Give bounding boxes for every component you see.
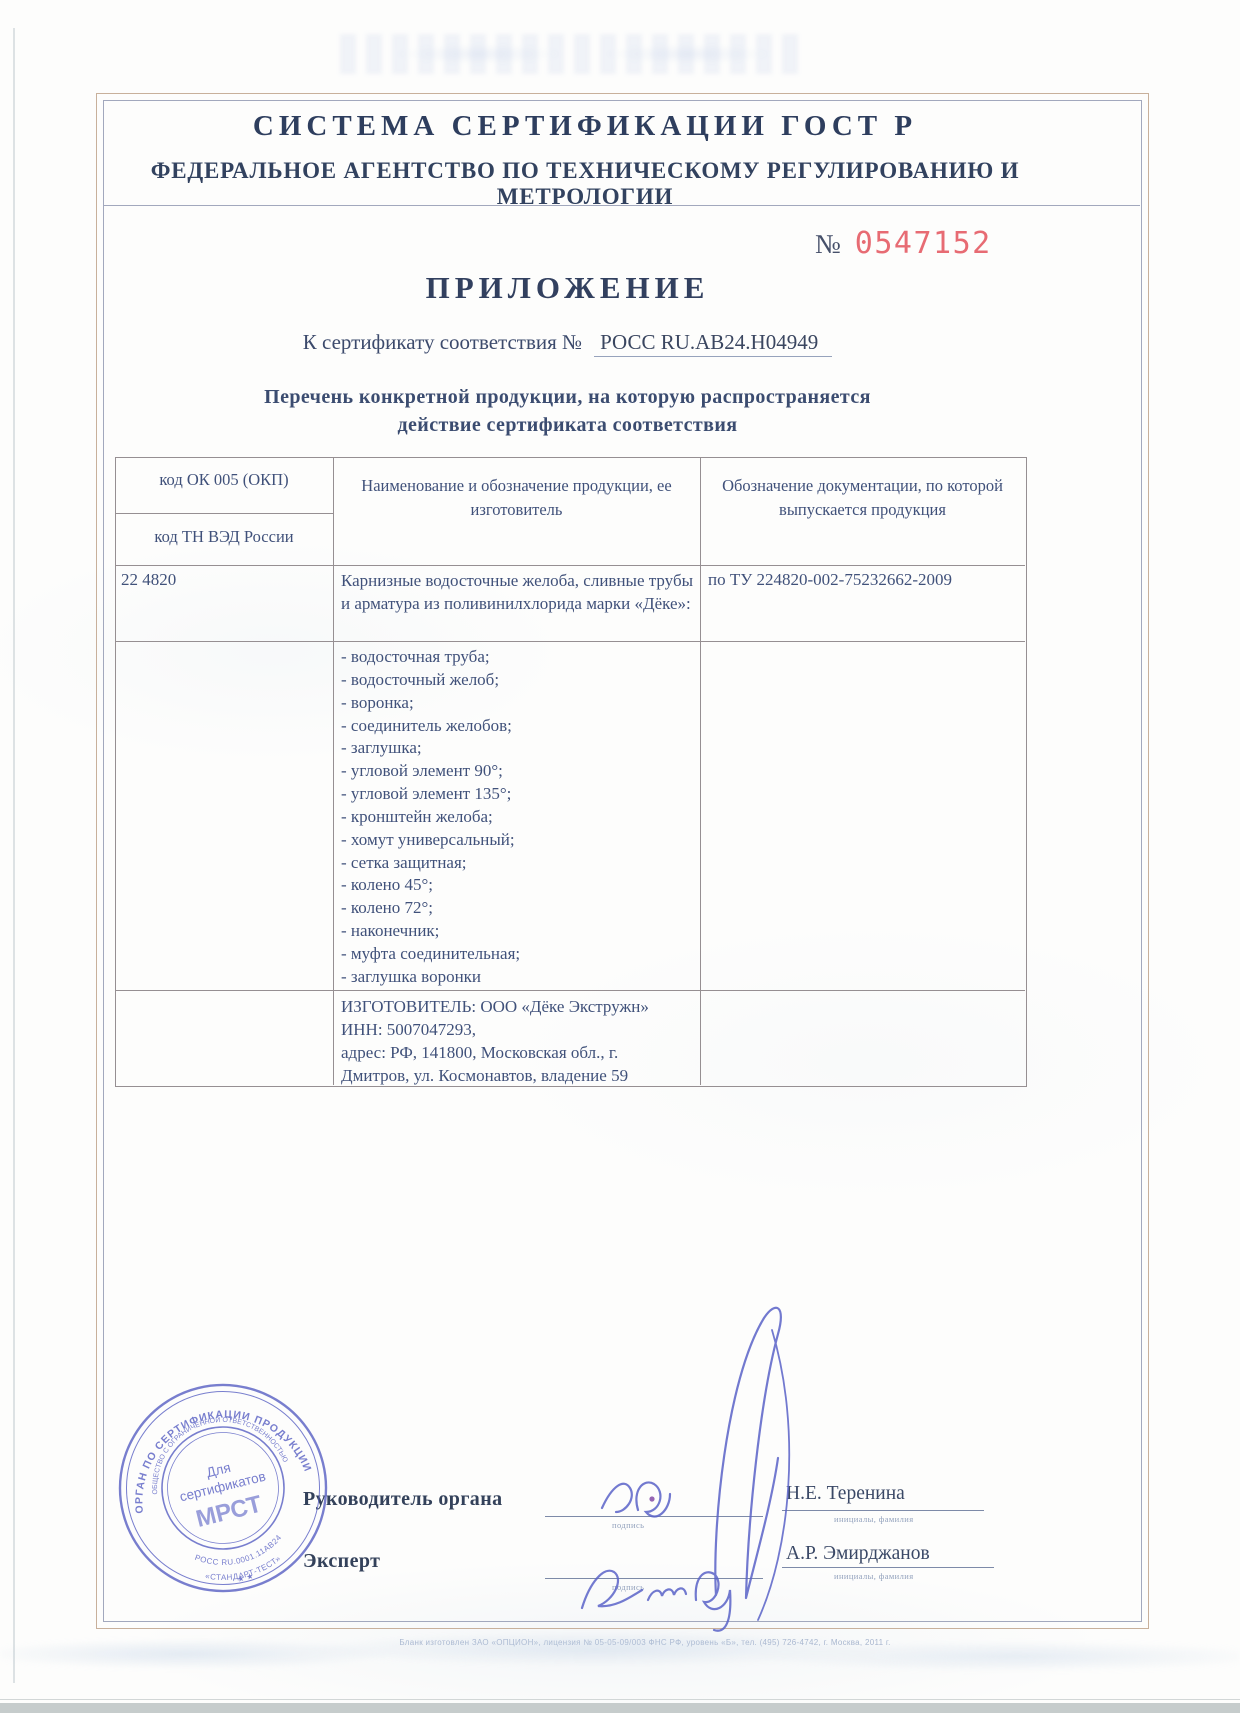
certificate-number: РОСС RU.AB24.H04949 xyxy=(594,330,832,357)
security-watermark xyxy=(340,34,805,74)
product-item: - заглушка воронки xyxy=(341,966,695,989)
product-item: - соединитель желобов; xyxy=(341,715,695,738)
form-number-label: № xyxy=(815,229,841,259)
product-item: - хомут универсальный; xyxy=(341,829,695,852)
intro-line-1: Перечень конкретной продукции, на котору… xyxy=(115,386,1020,409)
intro-line-2: действие сертификата соответствия xyxy=(115,414,1020,437)
cell-document-reference: по ТУ 224820-002-75232662-2009 xyxy=(708,570,1020,590)
ink-signatures xyxy=(520,1290,1000,1640)
product-item: - водосточная труба; xyxy=(341,646,695,669)
cell-product-title: Карнизные водосточные желоба, сливные тр… xyxy=(341,570,695,615)
product-item: - угловой элемент 135°; xyxy=(341,783,695,806)
head-signature-stroke xyxy=(602,1482,670,1516)
letterhead-agency-title: ФЕДЕРАЛЬНОЕ АГЕНТСТВО ПО ТЕХНИЧЕСКОМУ РЕ… xyxy=(60,158,1110,210)
scan-bottom-band xyxy=(0,1703,1240,1713)
stamp-text-ross-number: РОСС RU.0001.11АВ24 xyxy=(192,1532,287,1576)
page-title: ПРИЛОЖЕНИЕ xyxy=(115,270,1020,306)
letterhead-divider xyxy=(103,205,1140,206)
product-item: - сетка защитная; xyxy=(341,852,695,875)
form-number-line: №0547152 xyxy=(815,226,992,261)
table-row-divider-2 xyxy=(115,990,1025,991)
scanned-certificate-page: СИСТЕМА СЕРТИФИКАЦИИ ГОСТ Р ФЕДЕРАЛЬНОЕ … xyxy=(0,0,1240,1713)
product-item: - водосточный желоб; xyxy=(341,669,695,692)
product-item: - кронштейн желоба; xyxy=(341,806,695,829)
header-code-tnved: код ТН ВЭД России xyxy=(115,527,333,547)
certificate-reference-label: К сертификату соответствия № xyxy=(303,330,582,354)
manufacturer-inn: ИНН: 5007047293, xyxy=(341,1018,695,1041)
header-code-okp: код ОК 005 (ОКП) xyxy=(115,470,333,490)
product-item: - колено 72°; xyxy=(341,897,695,920)
product-item: - угловой элемент 90°; xyxy=(341,760,695,783)
header-product-name: Наименование и обозначение продукции, ее… xyxy=(348,474,685,522)
expert-signature-stroke xyxy=(582,1571,730,1631)
scan-texture-band xyxy=(0,1630,1240,1678)
scan-bottom-line xyxy=(0,1699,1240,1700)
manufacturer-block: ИЗГОТОВИТЕЛЬ: ООО «Дёке Экстружн» ИНН: 5… xyxy=(341,995,695,1087)
manufacturer-name: ИЗГОТОВИТЕЛЬ: ООО «Дёке Экстружн» xyxy=(341,995,695,1018)
signature-flourish-stroke xyxy=(715,1308,781,1598)
product-items-list: - водосточная труба; - водосточный желоб… xyxy=(341,646,695,989)
certificate-reference-line: К сертификату соответствия №РОСС RU.AB24… xyxy=(115,330,1020,355)
paper-edge-line xyxy=(13,28,15,1683)
form-number-value: 0547152 xyxy=(855,226,992,261)
cell-code-value: 22 4820 xyxy=(121,570,176,590)
product-item: - наконечник; xyxy=(341,920,695,943)
product-item: - воронка; xyxy=(341,692,695,715)
letterhead-system-title: СИСТЕМА СЕРТИФИКАЦИИ ГОСТ Р xyxy=(60,110,1110,143)
product-item: - муфта соединительная; xyxy=(341,943,695,966)
signature-ink-dot xyxy=(649,1496,654,1501)
table-header-bottom-border xyxy=(115,565,1025,566)
svg-text:РОСС RU.0001.11АВ24: РОСС RU.0001.11АВ24 xyxy=(192,1532,287,1576)
table-code-header-divider xyxy=(115,513,333,514)
table-row-divider-1 xyxy=(115,641,1025,642)
product-item: - заглушка; xyxy=(341,737,695,760)
manufacturer-address-1: адрес: РФ, 141800, Московская обл., г. xyxy=(341,1041,695,1064)
manufacturer-address-2: Дмитров, ул. Космонавтов, владение 59 xyxy=(341,1064,695,1087)
header-documentation: Обозначение документации, по которой вып… xyxy=(712,474,1013,522)
product-item: - колено 45°; xyxy=(341,874,695,897)
signature-flourish-tail xyxy=(758,1330,789,1620)
